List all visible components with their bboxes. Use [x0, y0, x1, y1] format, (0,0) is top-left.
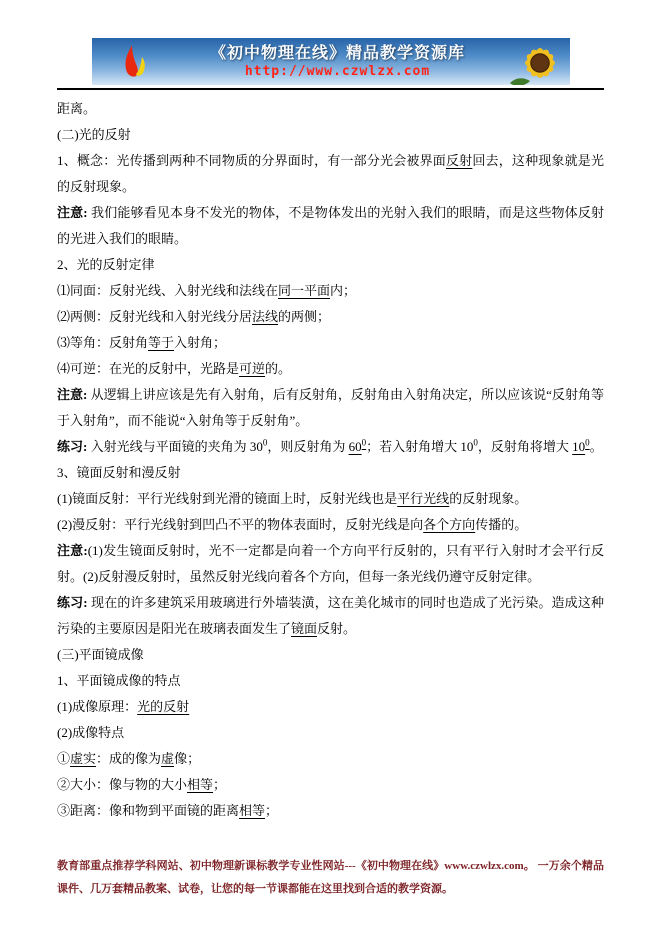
page-footer: 教育部重点推荐学科网站、初中物理新课标教学专业性网站---《初中物理在线》www… [57, 855, 604, 901]
paragraph: ③距离：像和物到平面镜的距离相等； [57, 798, 604, 824]
paragraph: ⑶等角：反射角等于入射角； [57, 330, 604, 356]
paragraph: 1、概念：光传播到两种不同物质的分界面时，有一部分光会被界面反射回去，这种现象就… [57, 148, 604, 200]
paragraph: 1、平面镜成像的特点 [57, 668, 604, 694]
paragraph: 注意:(1)发生镜面反射时，光不一定都是向着一个方向平行反射的，只有平行入射时才… [57, 538, 604, 590]
paragraph: 练习: 现在的许多建筑采用玻璃进行外墙装潢，这在美化城市的同时也造成了光污染。造… [57, 590, 604, 642]
header-divider [57, 88, 604, 90]
banner-url: http://www.czwlzx.com [188, 64, 488, 79]
paragraph: ①虚实：成的像为虚像； [57, 746, 604, 772]
paragraph: (2)成像特点 [57, 720, 604, 746]
paragraph: (2)漫反射：平行光线射到凹凸不平的物体表面时，反射光线是向各个方向传播的。 [57, 512, 604, 538]
paragraph: 练习: 入射光线与平面镜的夹角为 300，则反射角为 600；若入射角增大 10… [57, 434, 604, 460]
header-banner: 《初中物理在线》精品教学资源库 http://www.czwlzx.com [92, 38, 570, 85]
document-page: { "header": { "banner": { "title": "《初中物… [0, 0, 661, 936]
paragraph: ②大小：像与物的大小相等； [57, 772, 604, 798]
banner-text-block: 《初中物理在线》精品教学资源库 http://www.czwlzx.com [188, 40, 488, 79]
paragraph: 注意: 我们能够看见本身不发光的物体，不是物体发出的光射入我们的眼睛，而是这些物… [57, 200, 604, 252]
paragraph: ⑷可逆：在光的反射中，光路是可逆的。 [57, 356, 604, 382]
banner-title: 《初中物理在线》精品教学资源库 [188, 40, 488, 63]
site-logo-icon [118, 43, 160, 81]
document-body: 距离。(二)光的反射1、概念：光传播到两种不同物质的分界面时，有一部分光会被界面… [57, 96, 604, 824]
paragraph: (二)光的反射 [57, 122, 604, 148]
paragraph: ⑵两侧：反射光线和入射光线分居法线的两侧； [57, 304, 604, 330]
paragraph: ⑴同面：反射光线、入射光线和法线在同一平面内； [57, 278, 604, 304]
paragraph: (三)平面镜成像 [57, 642, 604, 668]
paragraph: 教育部重点推荐学科网站、初中物理新课标教学专业性网站---《初中物理在线》www… [57, 855, 604, 901]
paragraph: (1)镜面反射：平行光线射到光滑的镜面上时，反射光线也是平行光线的反射现象。 [57, 486, 604, 512]
paragraph: 距离。 [57, 96, 604, 122]
paragraph: 注意: 从逻辑上讲应该是先有入射角，后有反射角，反射角由入射角决定，所以应该说“… [57, 382, 604, 434]
sunflower-icon [500, 38, 566, 85]
paragraph: 2、光的反射定律 [57, 252, 604, 278]
paragraph: 3、镜面反射和漫反射 [57, 460, 604, 486]
paragraph: (1)成像原理：光的反射 [57, 694, 604, 720]
